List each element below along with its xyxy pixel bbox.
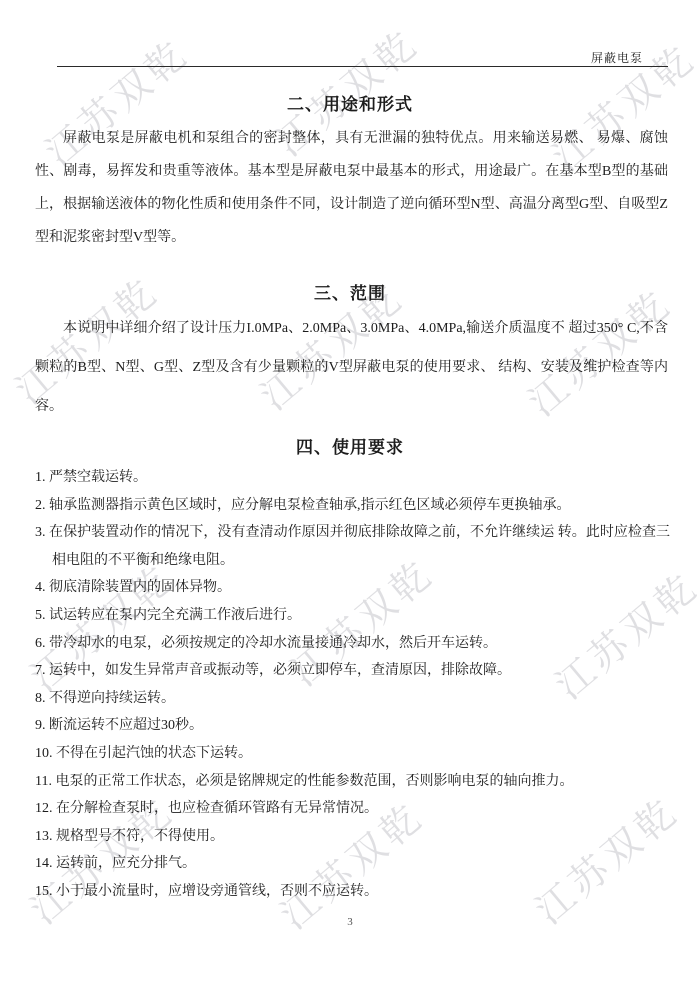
usage-requirement-item: 10. 不得在引起汽蚀的状态下运转。 <box>35 740 670 768</box>
header-rule <box>57 66 668 67</box>
usage-requirement-item: 14. 运转前，应充分排气。 <box>35 850 670 878</box>
section-title-scope: 三、范围 <box>0 279 700 304</box>
usage-requirement-item: 1. 严禁空载运转。 <box>35 464 670 492</box>
usage-requirement-item: 13. 规格型号不符，不得使用。 <box>35 823 670 851</box>
usage-requirements-list: 1. 严禁空载运转。 2. 轴承监测器指示黄色区域时，应分解电泵检查轴承,指示红… <box>35 464 670 906</box>
usage-requirement-item: 7. 运转中，如发生异常声音或振动等，必须立即停车，查清原因，排除故障。 <box>35 657 670 685</box>
page-number: 3 <box>0 916 700 928</box>
section-title-usage: 四、使用要求 <box>0 433 700 458</box>
document-page: 屏蔽电泵 二、用途和形式 屏蔽电泵是屏蔽电机和泵组合的密封整体，具有无泄漏的独特… <box>0 0 700 989</box>
usage-requirement-item: 4. 彻底清除装置内的固体异物。 <box>35 574 670 602</box>
header-running-title: 屏蔽电泵 <box>591 49 643 66</box>
usage-requirement-item: 2. 轴承监测器指示黄色区域时，应分解电泵检查轴承,指示红色区域必须停车更换轴承… <box>35 492 670 520</box>
usage-requirement-item: 8. 不得逆向持续运转。 <box>35 685 670 713</box>
usage-requirement-item: 3. 在保护装置动作的情况下，没有查清动作原因并彻底排除故障之前，不允许继续运 … <box>35 519 670 574</box>
usage-requirement-item: 5. 试运转应在泵内完全充满工作液后进行。 <box>35 602 670 630</box>
paragraph-purpose: 屏蔽电泵是屏蔽电机和泵组合的密封整体，具有无泄漏的独特优点。用来输送易燃、 易爆… <box>35 122 668 254</box>
section-title-purpose: 二、用途和形式 <box>0 90 700 115</box>
usage-requirement-item: 15. 小于最小流量时，应增设旁通管线，否则不应运转。 <box>35 878 670 906</box>
paragraph-scope: 本说明中详细介绍了设计压力I.0MPa、2.0MPa、3.0MPa、4.0MPa… <box>35 309 668 426</box>
usage-requirement-item: 9. 断流运转不应超过30秒。 <box>35 712 670 740</box>
usage-requirement-item: 12. 在分解检查泵时，也应检查循环管路有无异常情况。 <box>35 795 670 823</box>
usage-requirement-item: 11. 电泵的正常工作状态，必须是铭牌规定的性能参数范围，否则影响电泵的轴向推力… <box>35 768 670 796</box>
usage-requirement-item: 6. 带冷却水的电泵，必须按规定的冷却水流量接通冷却水，然后开车运转。 <box>35 630 670 658</box>
